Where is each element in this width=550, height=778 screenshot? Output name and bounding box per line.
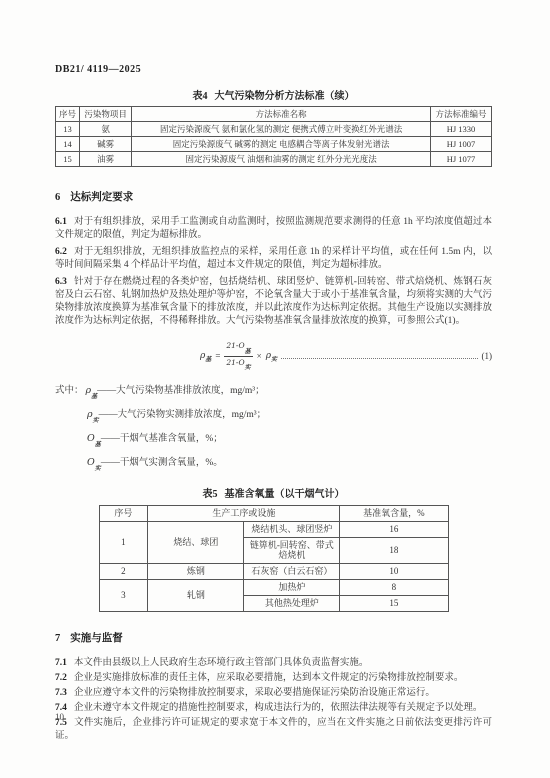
table5-header-row: 序号 生产工序或设施 基准氧含量，% [99,505,448,521]
fraction: 21-O基 21-O实 [224,341,252,371]
cell-method-name: 固定污染源废气 油烟和油雾的测定 红外分光光度法 [132,152,431,167]
cell-pollutant: 碱雾 [79,137,131,152]
table-row: 15 油雾 固定污染源废气 油烟和油雾的测定 红外分光光度法 HJ 1077 [56,152,492,167]
section6-heading: 6达标判定要求 [55,189,492,204]
table-row: 14 碱雾 固定污染源废气 碱雾的测定 电感耦合等离子体发射光谱法 HJ 100… [56,137,492,152]
table4-analysis-methods: 序号 污染物项目 方法标准名称 方法标准编号 13 氨 固定污染源废气 氨和氯化… [55,106,492,167]
document-page: DB21/ 4119—2025 表4大气污染物分析方法标准（续） 序号 污染物项… [0,0,550,778]
cell-seq: 1 [99,521,148,563]
clause-text: 文件实施后，企业排污许可证规定的要求宽于本文件的，应当在文件实施之日前依法变更排… [55,718,492,741]
cell-facility: 其他热处理炉 [244,595,340,611]
clause-6-2: 6.2对于无组织排放，无组织排放监控点的采样，采用任意 1h 的采样计平均值，或… [55,246,492,272]
rho-base-subscript: 基 [205,354,211,363]
table5-title-text: 基准含氧量（以干烟气计） [225,489,345,500]
table5-header-seq: 序号 [99,505,148,521]
denominator-text: 21-O [226,358,244,367]
cell-method-name: 固定污染源废气 氨和氯化氢的测定 便携式傅立叶变换红外光谱法 [132,122,431,137]
table4-header-pollutant: 污染物项目 [79,107,131,122]
cell-pollutant: 油雾 [79,152,131,167]
clause-text: 企业应遵守本文件的污染物排放控制要求，采取必要措施保证污染防治设施正常运行。 [74,688,435,698]
formula-body: ρ基 = 21-O基 21-O实 × ρ实 [200,341,277,371]
legend-description: ——大气污染物实测排放浓度，mg/m³； [99,410,267,420]
clause-number: 6.1 [55,217,67,227]
legend-subscript: 基 [91,394,97,400]
legend-line: 式中：ρ基——大气污染物基准排放浓度，mg/m³； [55,381,492,405]
clause-number: 6.3 [55,277,67,287]
numerator-subscript: 基 [245,349,251,355]
cell-facility: 链箅机-回转窑、带式焙烧机 [244,537,340,563]
cell-method-code: HJ 1007 [430,137,491,152]
cell-seq: 3 [99,579,148,611]
table5-reference-oxygen: 序号 生产工序或设施 基准氧含量，% 1 烧结、球团 烧结机头、球团竖炉 16 … [99,505,449,612]
table-row: 2 炼钢 石灰窑（白云石窑） 10 [99,563,448,579]
cell-process: 烧结、球团 [148,521,244,563]
legend-symbol: O [87,433,95,444]
cell-seq: 15 [56,152,80,167]
clause-7-1: 7.1本文件由县级以上人民政府生态环境行政主管部门具体负责监督实施。 [55,657,492,670]
cell-facility: 烧结机头、球团竖炉 [244,521,340,537]
table4-title: 表4大气污染物分析方法标准（续） [55,87,492,102]
table-row: 13 氨 固定污染源废气 氨和氯化氢的测定 便携式傅立叶变换红外光谱法 HJ 1… [56,122,492,137]
legend-line: O实——干烟气实测含氧量，%。 [55,453,492,477]
table5-title: 表5基准含氧量（以干烟气计） [55,485,492,500]
dotted-leader [281,358,477,359]
cell-seq: 13 [56,122,80,137]
cell-oxygen-value: 10 [340,563,448,579]
clause-7-2: 7.2企业是实施排放标准的责任主体，应采取必要措施，达到本文件规定的污染物排放控… [55,672,492,685]
table-row: 3 轧钢 加热炉 8 [99,579,448,595]
cell-seq: 14 [56,137,80,152]
standard-number: DB21/ 4119—2025 [55,64,492,75]
legend-description: ——干烟气实测含氧量，%。 [101,458,223,468]
table4-title-text: 大气污染物分析方法标准（续） [215,91,355,102]
table4-header-row: 序号 污染物项目 方法标准名称 方法标准编号 [56,107,492,122]
clause-text: 企业是实施排放标准的责任主体，应采取必要措施，达到本文件规定的污染物排放控制要求… [74,673,464,683]
formula-equation-1: ρ基 = 21-O基 21-O实 × ρ实 (1) [55,341,492,371]
cell-process: 炼钢 [148,563,244,579]
section7-number: 7 [55,633,60,644]
formula-legend: 式中：ρ基——大气污染物基准排放浓度，mg/m³； ρ实——大气污染物实测排放浓… [55,381,492,477]
clause-text: 本文件由县级以上人民政府生态环境行政主管部门具体负责监督实施。 [74,658,369,668]
cell-method-name: 固定污染源废气 碱雾的测定 电感耦合等离子体发射光谱法 [132,137,431,152]
table4-header-method-name: 方法标准名称 [132,107,431,122]
fraction-numerator: 21-O基 [224,341,252,357]
clause-number: 6.2 [55,247,67,257]
clause-text: 针对于存在燃烧过程的各类炉窑，包括烧结机、球团竖炉、链箅机-回转窑、带式焙烧机、… [55,277,492,326]
section6-title: 达标判定要求 [70,192,133,203]
legend-subscript: 基 [95,442,101,448]
cell-method-code: HJ 1077 [430,152,491,167]
cell-facility: 加热炉 [244,579,340,595]
clause-7-5: 7.5文件实施后，企业排污许可证规定的要求宽于本文件的，应当在文件实施之日前依法… [55,717,492,743]
cell-process: 轧钢 [148,579,244,611]
legend-subscript: 实 [95,466,101,472]
legend-intro: 式中： [55,386,84,396]
fraction-denominator: 21-O实 [224,357,252,372]
clause-number: 7.1 [55,658,67,668]
cell-pollutant: 氨 [79,122,131,137]
cell-facility: 石灰窑（白云石窑） [244,563,340,579]
table4-header-method-code: 方法标准编号 [430,107,491,122]
cell-oxygen-value: 8 [340,579,448,595]
table5-header-oxygen: 基准氧含量，% [340,505,448,521]
legend-description: ——大气污染物基准排放浓度，mg/m³； [97,386,265,396]
table5-label: 表5 [203,489,218,500]
equals-sign: = [215,351,220,361]
table4-header-seq: 序号 [56,107,80,122]
denominator-subscript: 实 [245,365,251,371]
legend-description: ——干烟气基准含氧量，%； [101,434,223,444]
clause-6-3: 6.3针对于存在燃烧过程的各类炉窑，包括烧结机、球团竖炉、链箅机-回转窑、带式焙… [55,276,492,328]
clause-7-4: 7.4企业未遵守本文件规定的措施性控制要求，构成违法行为的，依照法律法规等有关规… [55,702,492,715]
cell-oxygen-value: 16 [340,521,448,537]
legend-line: O基——干烟气基准含氧量，%； [55,429,492,453]
page-number: 10 [55,712,64,722]
legend-symbol: O [87,457,95,468]
multiply-sign: × [257,351,262,361]
clause-text: 对于无组织排放，无组织排放监控点的采样，采用任意 1h 的采样计平均值，或在任何… [55,247,492,270]
legend-line: ρ实——大气污染物实测排放浓度，mg/m³； [55,405,492,429]
legend-subscript: 实 [93,418,99,424]
cell-seq: 2 [99,563,148,579]
legend-symbol: ρ [87,409,93,420]
cell-oxygen-value: 18 [340,537,448,563]
table-row: 1 烧结、球团 烧结机头、球团竖炉 16 [99,521,448,537]
clause-6-1: 6.1对于有组织排放，采用手工监测或自动监测时，按照监测规范要求测得的任意 1h… [55,216,492,242]
section7-title: 实施与监督 [70,633,123,644]
section6-number: 6 [55,192,60,203]
clause-number: 7.2 [55,673,67,683]
clause-number: 7.3 [55,688,67,698]
rho-actual-subscript: 实 [271,354,277,363]
cell-method-code: HJ 1330 [430,122,491,137]
table5-header-process: 生产工序或设施 [148,505,340,521]
cell-oxygen-value: 15 [340,595,448,611]
clause-7-3: 7.3企业应遵守本文件的污染物排放控制要求，采取必要措施保证污染防治设施正常运行… [55,687,492,700]
section7-heading: 7实施与监督 [55,630,492,645]
table4-label: 表4 [193,91,208,102]
equation-number: (1) [482,351,493,361]
clause-text: 企业未遵守本文件规定的措施性控制要求，构成违法行为的，依照法律法规等有关规定予以… [74,703,483,713]
clause-text: 对于有组织排放，采用手工监测或自动监测时，按照监测规范要求测得的任意 1h 平均… [55,217,492,240]
numerator-text: 21-O [226,341,244,350]
